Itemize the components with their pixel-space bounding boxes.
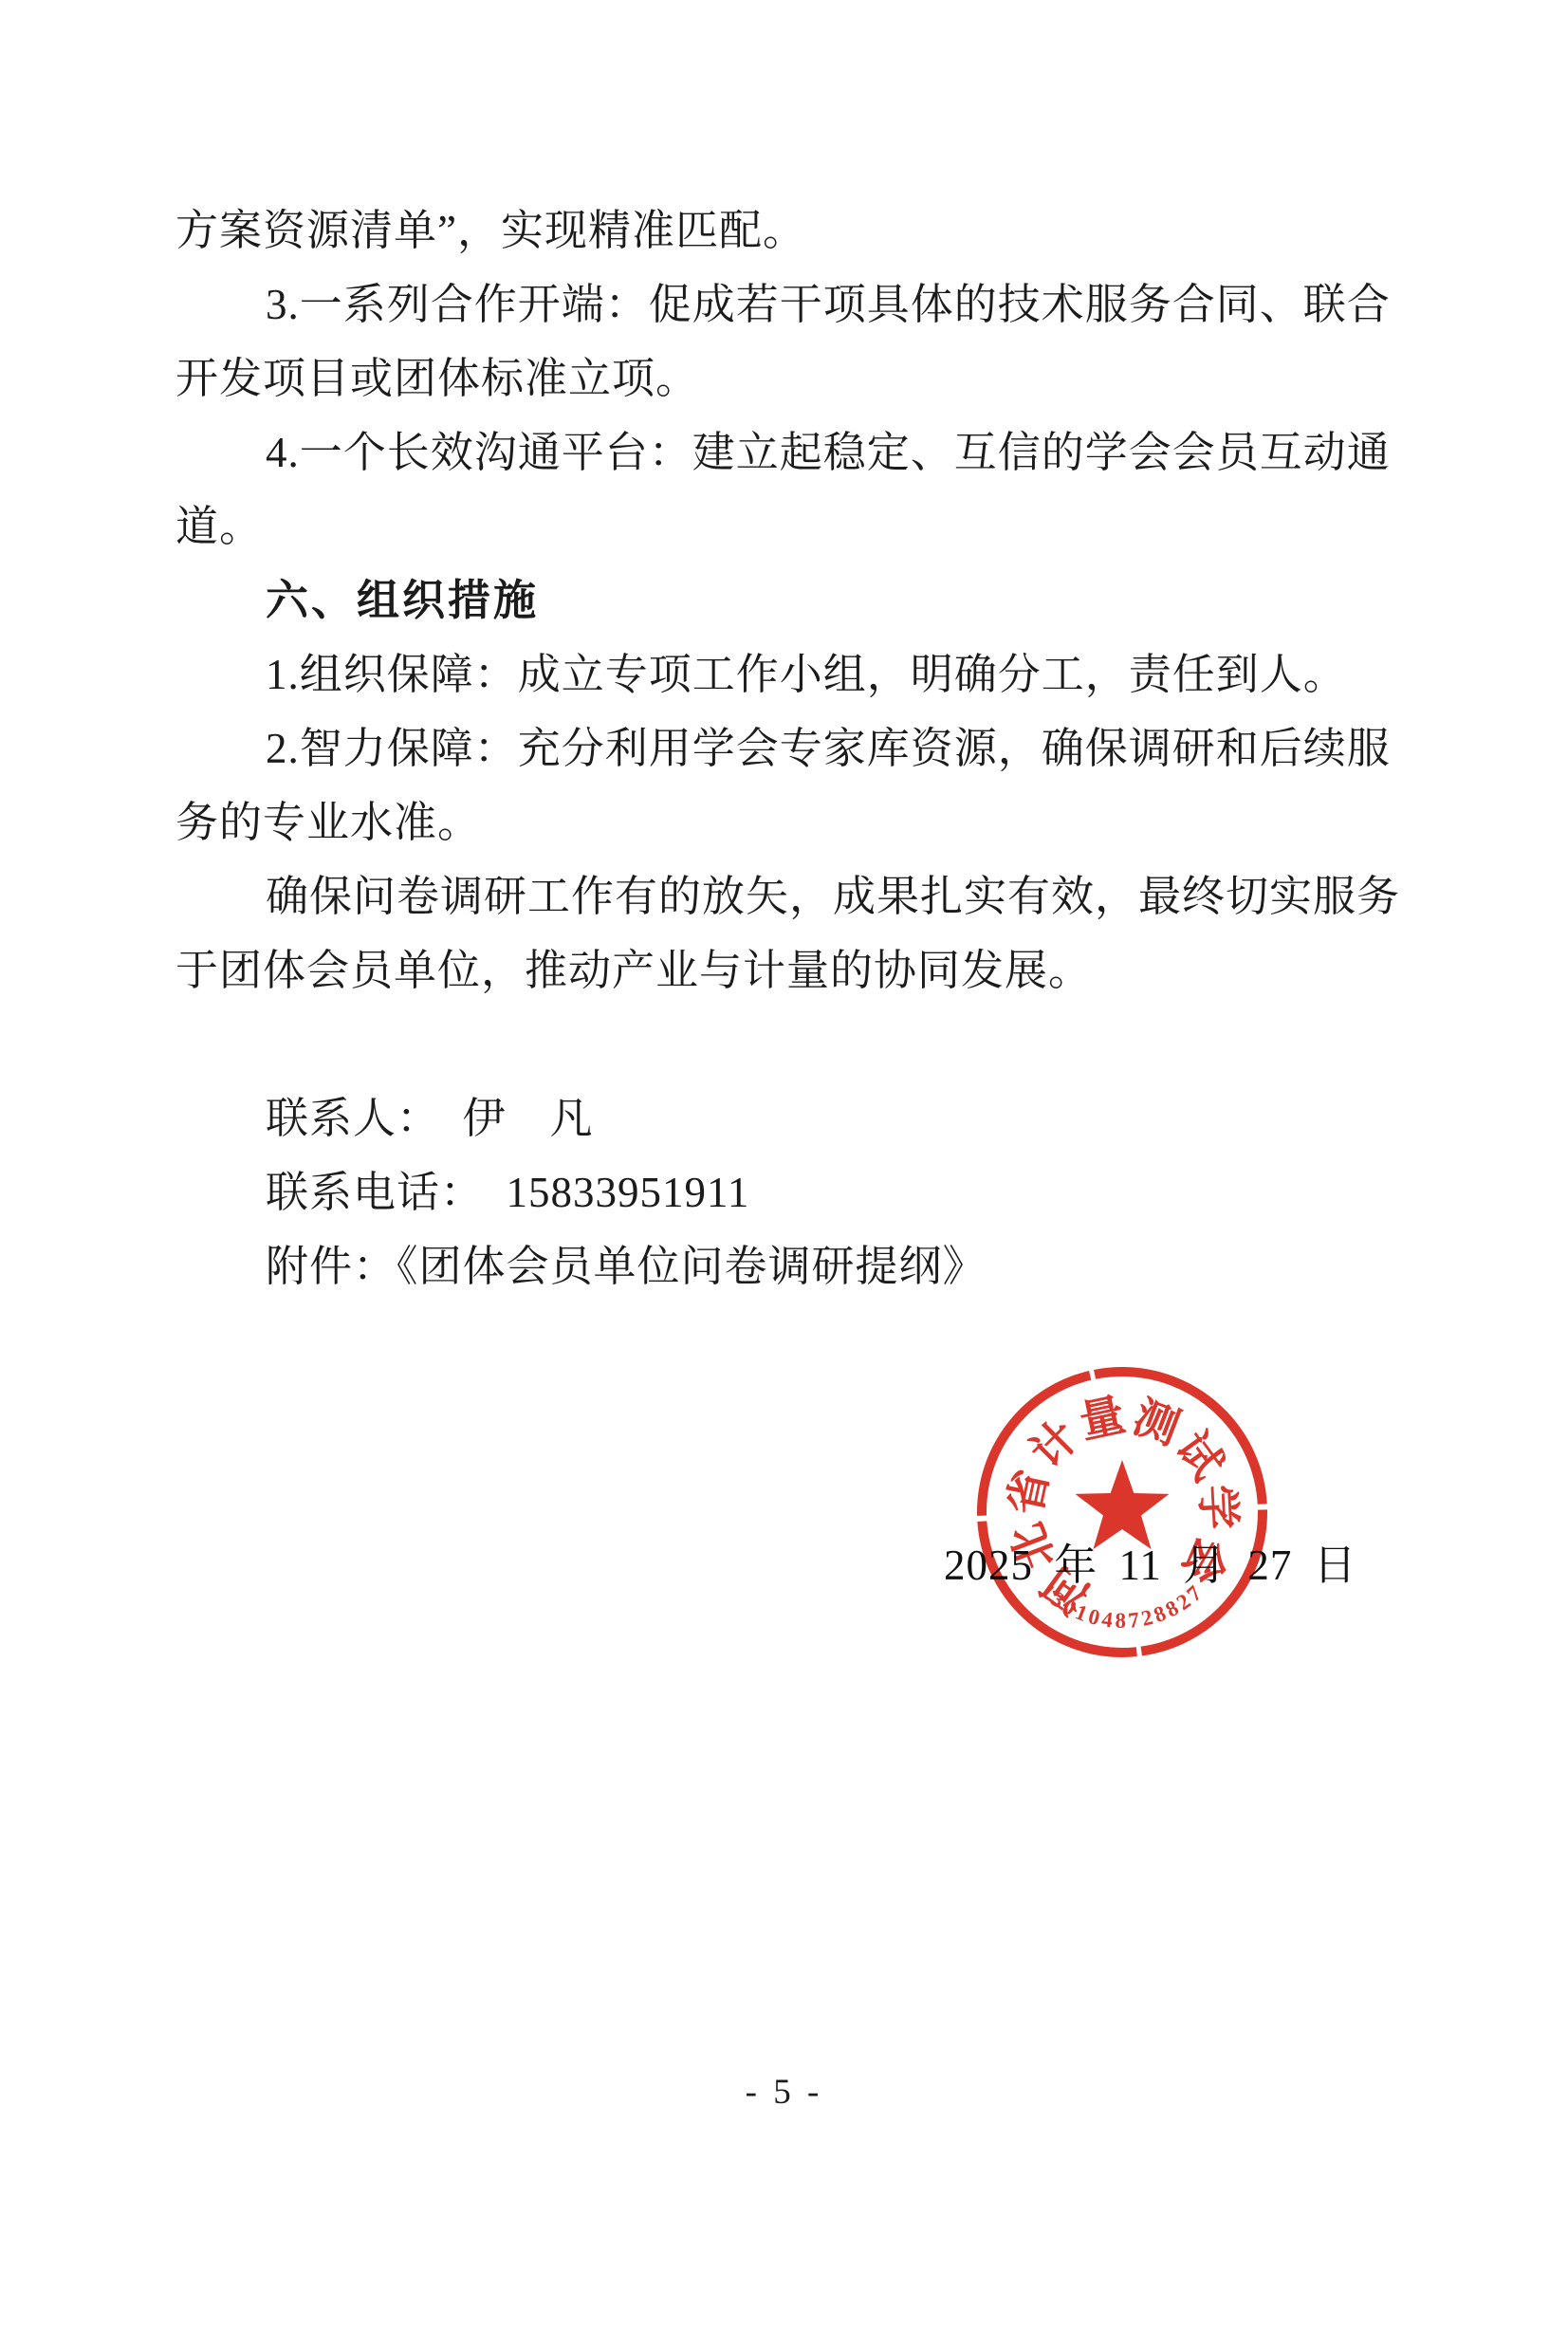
- contact-person-line: 联系人： 伊 凡: [175, 1081, 1399, 1155]
- body-line-item-3: 3.一系列合作开端：促成若干项具体的技术服务合同、联合: [175, 268, 1399, 342]
- body-line-item-2-wrap: 务的专业水准。: [175, 785, 1399, 859]
- red-star-icon: [1076, 1460, 1170, 1549]
- document-body: 方案资源清单”，实现精准匹配。3.一系列合作开端：促成若干项具体的技术服务合同、…: [175, 194, 1399, 1303]
- seal-character: 计: [1022, 1412, 1088, 1478]
- body-line-item-4-wrap: 道。: [175, 489, 1399, 563]
- contact-phone-line: 联系电话： 15833951911: [175, 1155, 1399, 1229]
- document-page: 方案资源清单”，实现精准匹配。3.一系列合作开端：促成若干项具体的技术服务合同、…: [0, 0, 1568, 2327]
- body-line-closing: 确保问卷调研工作有的放矢，成果扎实有效，最终切实服务: [175, 859, 1399, 933]
- attachment-line: 附件：《团体会员单位问卷调研提纲》: [175, 1229, 1399, 1303]
- seal-character: 省: [1001, 1466, 1059, 1520]
- seal-character: 学: [1191, 1484, 1243, 1531]
- page-number: - 5 -: [0, 2072, 1568, 2113]
- body-line-item-2: 2.智力保障：充分利用学会专家库资源，确保调研和后续服: [175, 711, 1399, 785]
- body-line-item-3-wrap: 开发项目或团体标准立项。: [175, 342, 1399, 416]
- official-seal: 河北省计量测试学会 1301048728827: [971, 1367, 1273, 1659]
- seal-character: 会: [1171, 1528, 1237, 1592]
- body-line-continuation: 方案资源清单”，实现精准匹配。: [175, 194, 1399, 268]
- body-line-item-4: 4.一个长效沟通平台：建立起稳定、互信的学会会员互动通: [175, 416, 1399, 489]
- seal-character: 量: [1076, 1391, 1130, 1449]
- blank-line: [175, 1007, 1399, 1081]
- body-line-closing-wrap: 于团体会员单位，推动产业与计量的协同发展。: [175, 933, 1399, 1007]
- section-heading: 六、组织措施: [175, 563, 1399, 637]
- body-line-item-1: 1.组织保障：成立专项工作小组，明确分工，责任到人。: [175, 637, 1399, 711]
